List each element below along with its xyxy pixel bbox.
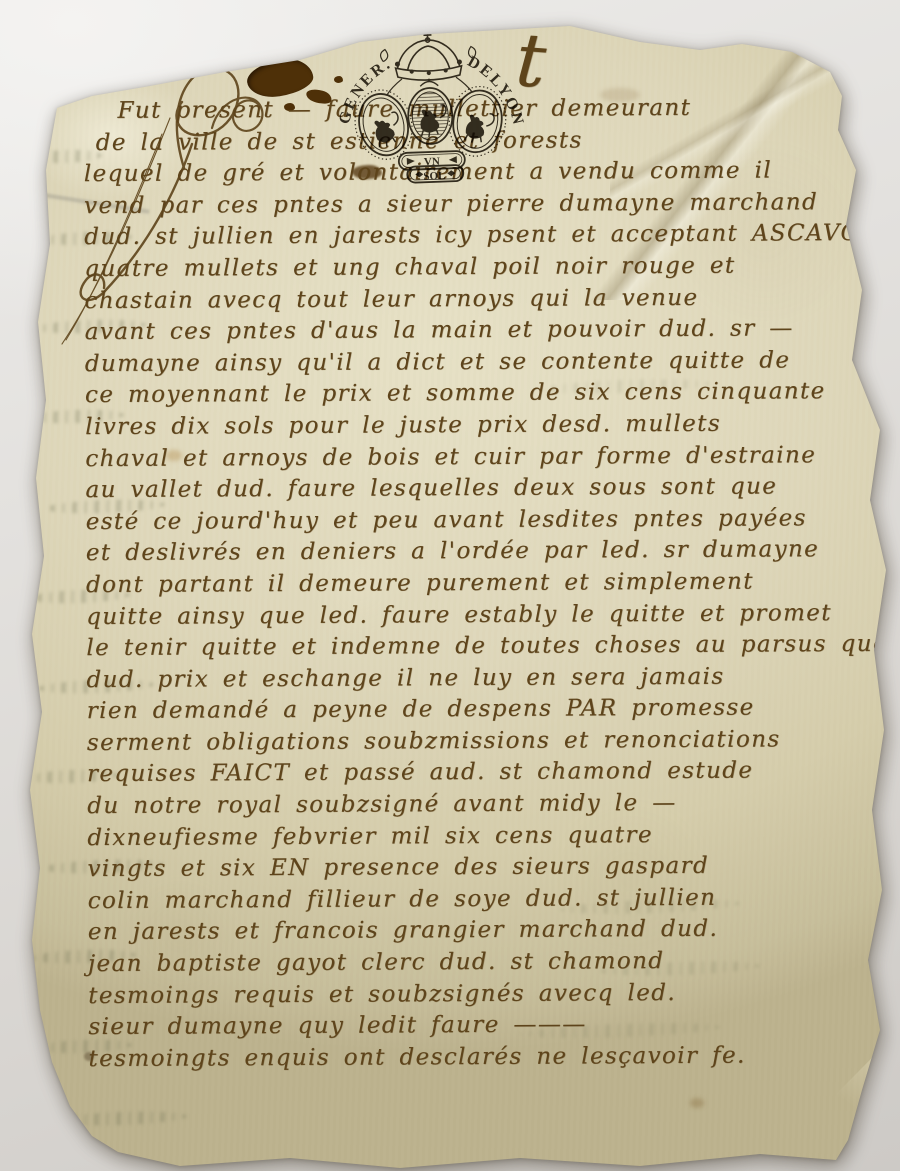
- manuscript-line: tesmoings requis et soubzsignés avecq le…: [88, 977, 880, 1013]
- manuscript-line: requises FAICT et passé aud. st chamond …: [87, 755, 879, 791]
- stamp-value-banner: VN SOL: [399, 151, 466, 184]
- manuscript-line: dud. prix et eschange il ne luy en sera …: [86, 661, 878, 697]
- manuscript-text: Fut present — faure mullettier demeurant…: [83, 92, 880, 1076]
- manuscript-line: chaval et arnoys de bois et cuir par for…: [85, 439, 877, 475]
- tax-stamp-icon: GENER. DELYON: [330, 21, 530, 196]
- manuscript-line: au vallet dud. faure lesquelles deux sou…: [85, 471, 877, 507]
- manuscript-line: rien demandé a peyne de despens PAR prom…: [87, 692, 879, 728]
- manuscript-line: esté ce jourd'huy et peu avant lesdites …: [86, 503, 878, 539]
- stamp-value-line1: VN: [424, 156, 440, 169]
- manuscript-line: dumayne ainsy qu'il a dict et se content…: [85, 345, 877, 381]
- manuscript-line: et deslivrés en deniers a l'ordée par le…: [86, 534, 878, 570]
- manuscript-line: ce moyennant le prix et somme de six cen…: [85, 376, 877, 412]
- stamp-crown-icon: [380, 29, 477, 95]
- stain-spot: [690, 1098, 704, 1108]
- manuscript-line: vend par ces pntes a sieur pierre dumayn…: [84, 187, 876, 223]
- manuscript-line: avant ces pntes d'aus la main et pouvoir…: [85, 313, 877, 349]
- stamp-lion-left-icon: [371, 111, 404, 148]
- manuscript-line: quatre mullets et ung chaval poil noir r…: [84, 250, 876, 286]
- bleedthrough-line: [55, 1110, 187, 1128]
- manuscript-line: en jarests et francois grangier marchand…: [88, 913, 880, 949]
- photograph-of-manuscript: t Fut present — faure mullettier demeura…: [0, 0, 900, 1171]
- manuscript-line: quitte ainsy que led. faure estably le q…: [86, 597, 878, 633]
- manuscript-line: le tenir quitte et indemne de toutes cho…: [86, 629, 878, 665]
- paper-sheet: t Fut present — faure mullettier demeura…: [0, 0, 900, 1171]
- manuscript-line: serment obligations soubzmissions et ren…: [87, 724, 879, 760]
- manuscript-line: chastain avecq tout leur arnoys qui la v…: [84, 281, 876, 317]
- manuscript-line: livres dix sols pour le juste prix desd.…: [85, 408, 877, 444]
- manuscript-line: dixneufiesme febvrier mil six cens quatr…: [87, 819, 879, 855]
- paper-sheet-wrap: t Fut present — faure mullettier demeura…: [0, 0, 900, 1171]
- manuscript-line: tesmoingts enquis ont desclarés ne lesça…: [88, 1040, 880, 1076]
- manuscript-line: dont partant il demeure purement et simp…: [86, 566, 878, 602]
- manuscript-line: jean baptiste gayot clerc dud. st chamon…: [88, 945, 880, 981]
- manuscript-line: vingts et six EN presence des sieurs gas…: [87, 850, 879, 886]
- stamp-centre-shield-icon: [407, 78, 453, 145]
- manuscript-line: dud. st jullien en jarests icy psent et …: [84, 218, 876, 254]
- manuscript-line: du notre royal soubzsigné avant midy le …: [87, 787, 879, 823]
- manuscript-line: sieur dumayne quy ledit faure ———: [88, 1008, 880, 1044]
- stamp-value-line2: SOL: [423, 170, 445, 183]
- manuscript-line: colin marchand fillieur de soye dud. st …: [88, 882, 880, 918]
